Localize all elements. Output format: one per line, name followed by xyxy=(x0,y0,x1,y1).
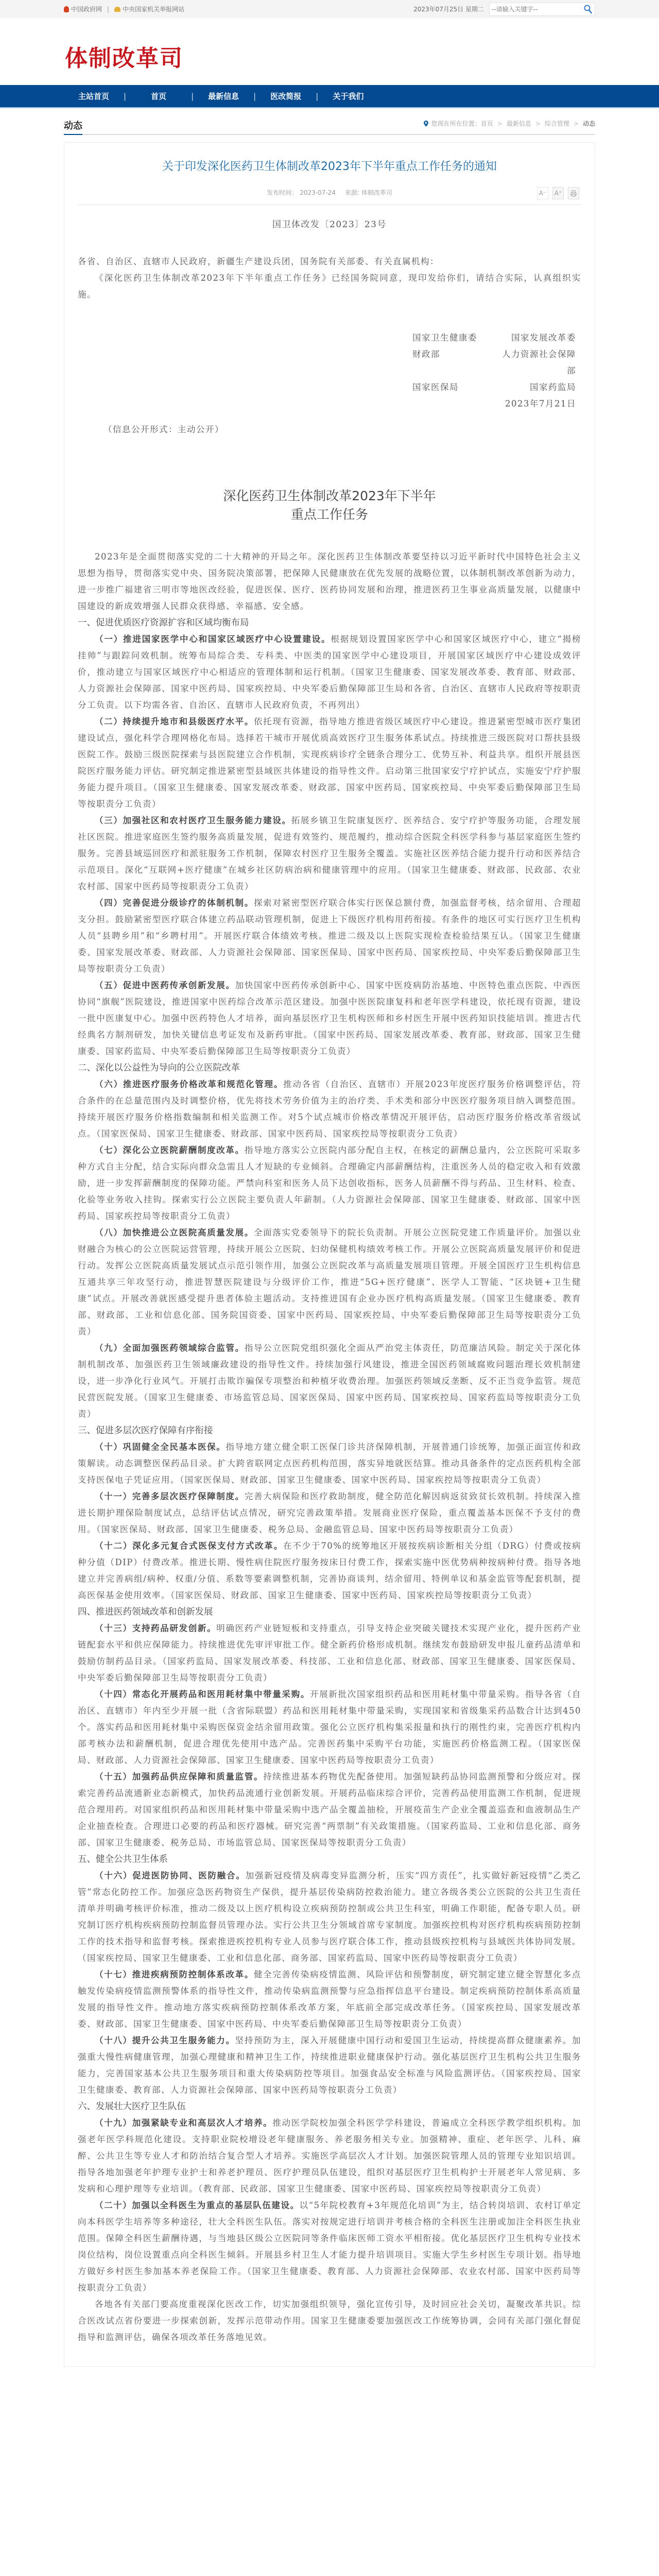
salutation: 各省、自治区、直辖市人民政府，新疆生产建设兵团，国务院有关部委、有关直属机构： xyxy=(78,253,581,270)
search-box xyxy=(489,3,595,16)
section-heading: 六、发展壮大医疗卫生队伍 xyxy=(78,2098,581,2115)
source-value: 体制改革司 xyxy=(361,189,392,196)
report-icon xyxy=(114,7,120,12)
task-item: （十八）提升公共卫生服务能力。坚持预防为主，深入开展健康中国行动和爱国卫生运动，… xyxy=(78,2032,581,2098)
task-item: （三）加强社区和农村医疗卫生服务能力建设。拓展乡镇卫生院康复医疗、医养结合、安宁… xyxy=(78,812,581,895)
task-item: （八）加快推进公立医院高质量发展。全面落实党委领导下的院长负责制。开展公立医院党… xyxy=(78,1225,581,1340)
task-item-text: 指导公立医院党组织强化全面从严治党主体责任，防范廉洁风险。制定关于深化体制机制改… xyxy=(78,1343,581,1419)
nav-separator: | xyxy=(191,92,194,101)
task-item: （十四）常态化开展药品和医用耗材集中带量采购。开展新批次国家组织药品和医用耗材集… xyxy=(78,1686,581,1769)
task-item-lead: （十六）促进医防协同、医防融合。 xyxy=(95,1871,246,1880)
breadcrumb-current[interactable]: 动态 xyxy=(583,119,595,128)
task-item: （十）巩固健全全民基本医保。指导地方建立健全职工医保门诊共济保障机制，开展普通门… xyxy=(78,1439,581,1488)
source-label: 来源: xyxy=(345,189,359,196)
breadcrumb-label: 您现在所在位置： xyxy=(431,119,481,128)
task-item-text: 加快国家中医药传承创新中心、国家中医疫病防治基地、中医特色重点医院、中西医协同“… xyxy=(78,980,581,1056)
task-item-lead: （十五）加强药品供应保障和质量监管。 xyxy=(95,1772,263,1782)
nav-separator: | xyxy=(253,92,256,101)
task-item-text: 探索对紧密型医疗联合体实行医保总额付费，加强监督考核，结余留用、合理超支分担。鼓… xyxy=(78,898,581,974)
breadcrumb-home[interactable]: 首页 xyxy=(481,119,493,128)
closing-paragraph: 各地各有关部门要高度重视深化医改工作，切实加强组织领导，强化宣传引导，及时回应社… xyxy=(78,2296,581,2346)
article-meta: 发布时间：2023-07-24 来源:体制改革司 A⁻ A⁺ xyxy=(78,187,581,198)
section-heading: 二、深化以公益性为导向的公立医院改革 xyxy=(78,1060,581,1076)
task-item-lead: （十八）提升公共卫生服务能力。 xyxy=(95,2036,235,2045)
task-item: （十三）支持药品研发创新。明确医药产业链短板和支持重点，引导支持企业突破关键技术… xyxy=(78,1620,581,1686)
task-item-lead: （四）完善促进分级诊疗的体制机制。 xyxy=(95,898,254,908)
task-item: （十六）促进医防协同、医防融合。加强新冠疫情及病毒变异监测分析，压实“四方责任”… xyxy=(78,1868,581,1967)
task-item: （七）深化公立医院薪酬制度改革。指导地方落实公立医院内部分配自主权，在核定的薪酬… xyxy=(78,1142,581,1225)
task-item-text: 指导地方落实公立医院内部分配自主权，在核定的薪酬总量内，公立医院可采取多种方式自… xyxy=(78,1145,581,1221)
task-item-lead: （十九）加强紧缺专业和高层次人才培养。 xyxy=(95,2118,272,2128)
gov-portal-link[interactable]: 中国政府网 xyxy=(64,5,102,13)
nav-separator: | xyxy=(316,92,318,101)
task-item-lead: （九）全面加强医药领域综合监管。 xyxy=(95,1343,245,1353)
task-item: （九）全面加强医药领域综合监管。指导公立医院党组织强化全面从严治党主体责任，防范… xyxy=(78,1340,581,1422)
task-item-text: 以“5年院校教育+3年规范化培训”为主，结合转岗培训、农村订单定向本科医学生培养… xyxy=(78,2200,581,2293)
divider xyxy=(78,205,581,205)
task-item: （二）持续提升地市和县级医疗水平。依托现有资源，指导地方推进省级区域医疗中心建设… xyxy=(78,714,581,812)
task-item-lead: （八）加快推进公立医院高质量发展。 xyxy=(95,1228,254,1238)
signatories: 国家卫生健康委国家发展改革委 财政部人力资源社会保障部 国家医保局国家药监局 2… xyxy=(78,330,581,412)
section-heading: 四、推进医药领域改革和创新发展 xyxy=(78,1604,581,1620)
disclosure-note: （信息公开形式：主动公开） xyxy=(78,421,581,438)
signatory: 国家药监局 xyxy=(500,379,576,396)
task-item-text: 推动医学院校加强全科医学学科建设，普遍成立全科医学教学组织机构。加强老年医学科规… xyxy=(78,2118,581,2194)
task-item: （五）促进中医药传承创新发展。加快国家中医药传承创新中心、国家中医疫病防治基地、… xyxy=(78,977,581,1060)
task-item-lead: （二十）加强以全科医生为重点的基层队伍建设。 xyxy=(95,2200,300,2210)
signatory: 人力资源社会保障部 xyxy=(500,346,576,379)
task-item-lead: （三）加强社区和农村医疗卫生服务能力建设。 xyxy=(95,816,291,825)
breadcrumb-admin[interactable]: 综合管理 xyxy=(545,119,569,128)
section-heading: 三、促进多层次医疗保障有序衔接 xyxy=(78,1422,581,1439)
task-item-text: 拓展乡镇卫生院康复医疗、医养结合、安宁疗护等服务功能，合理发展社区医院。推进家庭… xyxy=(78,816,581,891)
print-button[interactable] xyxy=(568,187,579,199)
section-title: 动态 xyxy=(64,118,82,135)
report-site-link[interactable]: 中央国家机关举报网站 xyxy=(114,5,184,13)
sign-date: 2023年7月21日 xyxy=(505,396,576,412)
search-icon xyxy=(584,5,592,14)
publish-label: 发布时间： xyxy=(267,189,298,196)
breadcrumb: 您现在所在位置： 首页 > 最新信息 > 综合管理 > 动态 xyxy=(424,119,595,134)
section-heading: 五、健全公共卫生体系 xyxy=(78,1851,581,1868)
task-item-lead: （七）深化公立医院薪酬制度改革。 xyxy=(95,1145,245,1155)
main-nav: 主站首页 | 首页 | 最新信息 | 医改简报 | 关于我们 xyxy=(0,85,659,108)
notice-body: 《深化医药卫生体制改革2023年下半年重点工作任务》已经国务院同意，现印发给你们… xyxy=(78,270,581,303)
signatory: 国家卫生健康委 xyxy=(412,330,500,346)
font-decrease-button[interactable]: A⁻ xyxy=(537,187,548,199)
task-item-lead: （二）持续提升地市和县级医疗水平。 xyxy=(95,717,254,726)
article-tools: A⁻ A⁺ xyxy=(535,187,581,199)
task-item: （一）推进国家医学中心和国家区域医疗中心设置建设。根据规划设置国家医学中心和国家… xyxy=(78,631,581,714)
task-item-lead: （五）促进中医药传承创新发展。 xyxy=(95,980,235,990)
task-sections: 一、促进优质医疗资源扩容和区域均衡布局（一）推进国家医学中心和国家区域医疗中心设… xyxy=(78,615,581,2296)
nav-separator: | xyxy=(124,92,126,101)
task-item-text: 开展新批次国家组织药品和医用耗材集中带量采购。指导各省（自治区、直辖市）年内至少… xyxy=(78,1689,581,1765)
task-item-lead: （十三）支持药品研发创新。 xyxy=(95,1623,216,1633)
nav-item-latest[interactable]: 最新信息 xyxy=(208,91,239,101)
article-body: 国卫体改发〔2023〕23号 各省、自治区、直辖市人民政府，新疆生产建设兵团，国… xyxy=(78,216,581,2346)
task-item: （十七）推进疾病预防控制体系改革。健全完善传染病疫情监测、风险评估和预警制度，研… xyxy=(78,1967,581,2032)
link-separator: | xyxy=(107,6,109,13)
task-item-text: 加强新冠疫情及病毒变异监测分析，压实“四方责任”，扎实做好新冠疫情“乙类乙管”常… xyxy=(78,1871,581,1963)
task-item-lead: （六）推进医疗服务价格改革和规范化管理。 xyxy=(95,1079,283,1089)
section-heading: 一、促进优质医疗资源扩容和区域均衡布局 xyxy=(78,615,581,631)
search-input[interactable] xyxy=(490,3,581,15)
task-item: （六）推进医疗服务价格改革和规范化管理。推动各省（自治区、直辖市）开展2023年… xyxy=(78,1076,581,1142)
section-header: 动态 您现在所在位置： 首页 > 最新信息 > 综合管理 > 动态 xyxy=(64,114,595,135)
article-title: 关于印发深化医药卫生体制改革2023年下半年重点工作任务的通知 xyxy=(78,143,581,176)
location-pin-icon xyxy=(424,121,428,127)
task-item: （十九）加强紧缺专业和高层次人才培养。推动医学院校加强全科医学学科建设，普遍成立… xyxy=(78,2115,581,2197)
site-header: 体制改革司 xyxy=(0,18,659,85)
print-icon xyxy=(570,190,577,197)
nav-item-briefing[interactable]: 医改简报 xyxy=(270,91,301,101)
task-item: （十五）加强药品供应保障和质量监管。持续推进基本药物优先配备使用。加强短缺药品协… xyxy=(78,1769,581,1851)
task-item-lead: （十一）完善多层次医疗保障制度。 xyxy=(95,1492,245,1501)
task-item: （十一）完善多层次医疗保障制度。完善大病保险和医疗救助制度，健全防范化解因病返贫… xyxy=(78,1488,581,1538)
search-button[interactable] xyxy=(581,3,595,15)
nav-item-about[interactable]: 关于我们 xyxy=(333,91,363,101)
nav-item-home[interactable]: 首页 xyxy=(141,91,177,101)
task-item-lead: （十）巩固健全全民基本医保。 xyxy=(95,1442,226,1452)
task-item-lead: （十四）常态化开展药品和医用耗材集中带量采购。 xyxy=(95,1689,310,1699)
article-card: 关于印发深化医药卫生体制改革2023年下半年重点工作任务的通知 发布时间：202… xyxy=(64,142,595,2367)
attachment-title: 深化医药卫生体制改革2023年下半年 重点工作任务 xyxy=(78,487,581,524)
top-utility-bar: 中国政府网 | 中央国家机关举报网站 2023年07月25日 星期二 xyxy=(0,0,659,18)
task-item-lead: （一）推进国家医学中心和国家区域医疗中心设置建设。 xyxy=(95,634,331,644)
signatory: 国家医保局 xyxy=(412,379,500,396)
national-emblem-icon xyxy=(64,6,69,12)
font-increase-button[interactable]: A⁺ xyxy=(552,187,564,199)
task-item-lead: （十七）推进疾病预防控制体系改革。 xyxy=(95,1970,254,1979)
breadcrumb-chevron-icon: > xyxy=(535,120,541,127)
document-number: 国卫体改发〔2023〕23号 xyxy=(78,216,581,233)
task-item-text: 根据规划设置国家医学中心和国家区域医疗中心，建立“揭榜挂帅”与跟踪问效机制。统筹… xyxy=(78,634,581,710)
breadcrumb-chevron-icon: > xyxy=(574,120,579,127)
top-links: 中国政府网 | 中央国家机关举报网站 xyxy=(64,5,184,13)
signatory: 财政部 xyxy=(412,346,500,379)
task-item: （四）完善促进分级诊疗的体制机制。探索对紧密型医疗联合体实行医保总额付费，加强监… xyxy=(78,895,581,977)
breadcrumb-chevron-icon: > xyxy=(497,120,502,127)
breadcrumb-latest[interactable]: 最新信息 xyxy=(507,119,531,128)
intro-paragraph: 2023年是全面贯彻落实党的二十大精神的开局之年。深化医药卫生体制改革要坚持以习… xyxy=(78,549,581,615)
signatory: 国家发展改革委 xyxy=(500,330,576,346)
task-item: （十二）深化多元复合式医保支付方式改革。在不少于70%的统筹地区开展按疾病诊断相… xyxy=(78,1538,581,1604)
task-item-lead: （十二）深化多元复合式医保支付方式改革。 xyxy=(95,1541,283,1551)
nav-item-main-site[interactable]: 主站首页 xyxy=(78,91,109,101)
task-item-text: 依托现有资源，指导地方推进省级区域医疗中心建设。推进紧密型城市医疗集团建设试点，… xyxy=(78,717,581,809)
task-item-text: 全面落实党委领导下的院长负责制。开展公立医院党建工作质量评价。加强以业财融合为核… xyxy=(78,1228,581,1336)
task-item: （二十）加强以全科医生为重点的基层队伍建设。以“5年院校教育+3年规范化培训”为… xyxy=(78,2197,581,2296)
current-date: 2023年07月25日 星期二 xyxy=(413,5,484,13)
task-item-text: 持续推进基本药物优先配备使用。加强短缺药品协同监测预警和分级应对。探索完善药品流… xyxy=(78,1772,581,1848)
site-logo[interactable]: 体制改革司 xyxy=(65,40,183,73)
publish-date: 2023-07-24 xyxy=(300,189,336,196)
